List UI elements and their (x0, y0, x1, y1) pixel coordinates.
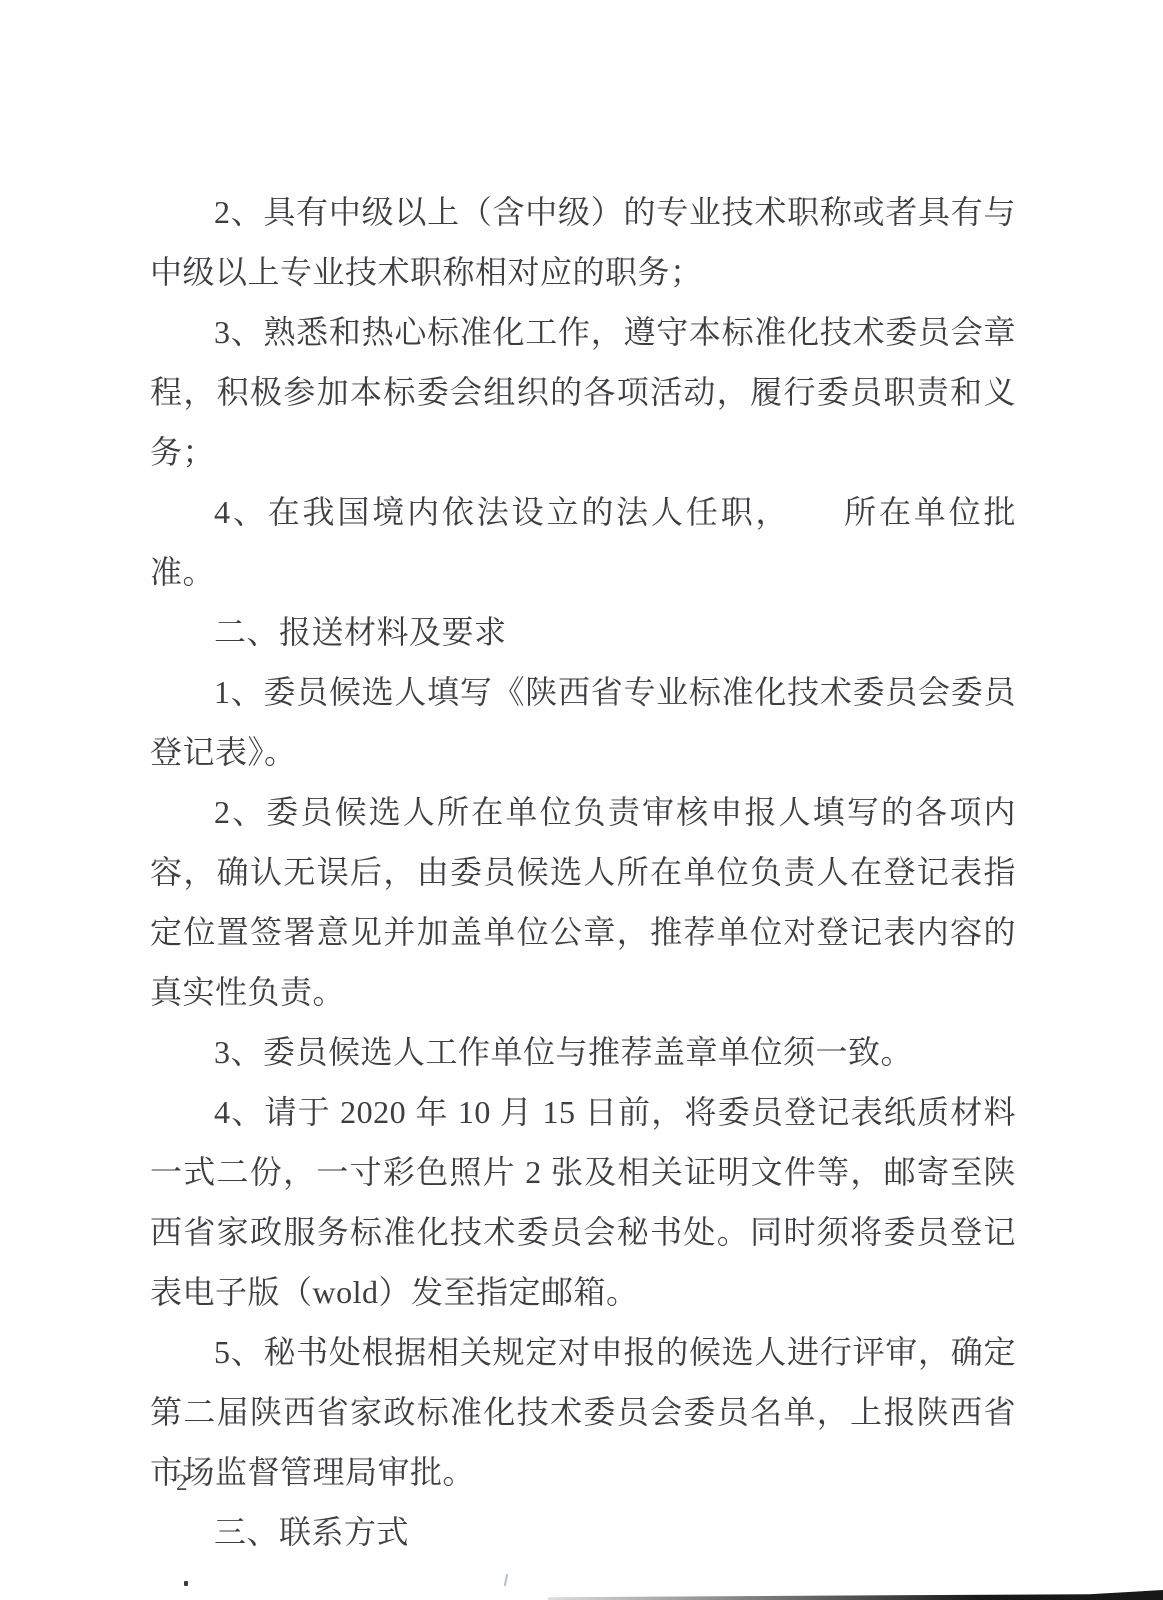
body-paragraph: 3、熟悉和热心标准化工作，遵守本标准化技术委员会章程，积极参加本标委会组织的各项… (150, 302, 1016, 482)
scanned-document-page: 2、具有中级以上（含中级）的专业技术职称或者具有与中级以上专业技术职称相对应的职… (0, 0, 1163, 1600)
body-paragraph: 2、具有中级以上（含中级）的专业技术职称或者具有与中级以上专业技术职称相对应的职… (150, 182, 1016, 302)
page-number: 2 (176, 1470, 189, 1496)
scan-speck (184, 1581, 188, 1586)
scan-edge-shadow (548, 1590, 1163, 1600)
document-body: 2、具有中级以上（含中级）的专业技术职称或者具有与中级以上专业技术职称相对应的职… (150, 182, 1016, 1562)
section-heading: 三、联系方式 (150, 1502, 1016, 1562)
body-paragraph: 4、在我国境内依法设立的法人任职， 所在单位批准。 (150, 482, 1016, 602)
scan-speck (504, 1574, 508, 1586)
body-paragraph: 1、委员候选人填写《陕西省专业标准化技术委员会委员登记表》。 (150, 662, 1016, 782)
body-paragraph: 3、委员候选人工作单位与推荐盖章单位须一致。 (150, 1022, 1016, 1082)
section-heading: 二、报送材料及要求 (150, 602, 1016, 662)
body-paragraph: 4、请于 2020 年 10 月 15 日前，将委员登记表纸质材料一式二份，一寸… (150, 1082, 1016, 1322)
body-paragraph: 5、秘书处根据相关规定对申报的候选人进行评审，确定第二届陕西省家政标准化技术委员… (150, 1322, 1016, 1502)
body-paragraph: 2、委员候选人所在单位负责审核申报人填写的各项内容，确认无误后，由委员候选人所在… (150, 782, 1016, 1022)
